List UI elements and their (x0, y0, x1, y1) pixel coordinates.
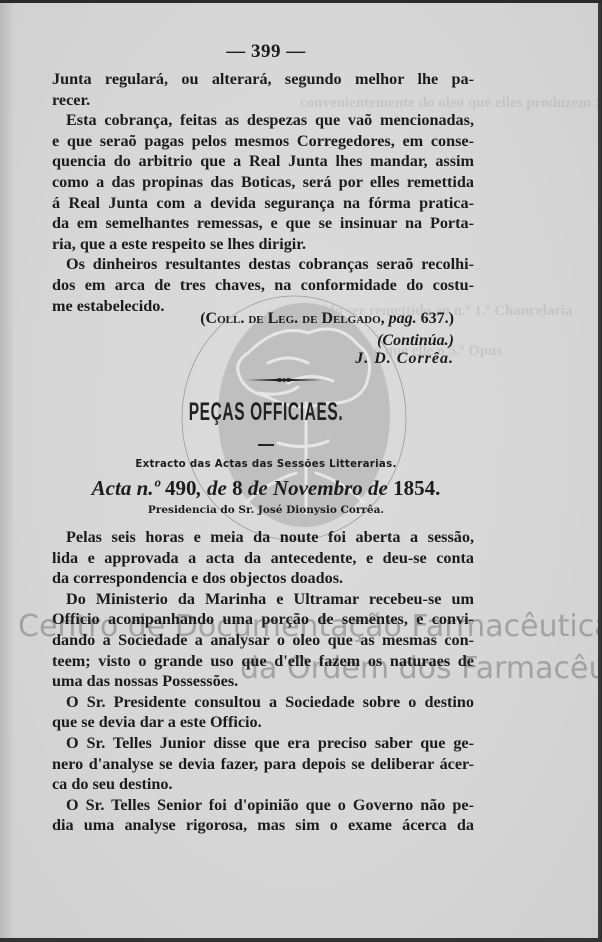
section-title: PEÇAS OFFICIAES. (101, 398, 431, 427)
text-line: da em semelhantes remessas, e que se ins… (52, 213, 474, 234)
text-line: como a das propinas das Boticas, será po… (52, 172, 474, 193)
text-line: quencia do arbitrio que a Real Junta lhe… (52, 151, 474, 172)
text-line: Pelas seis horas e meia da noute foi abe… (52, 527, 474, 548)
text-line: ca do seu destino. (52, 774, 474, 795)
text-line: dos em arca de tres chaves, na conformid… (52, 275, 474, 296)
text-line: Officio acompanhando uma porção de semen… (52, 609, 474, 630)
text-line: teem; visto o grande uso que d'elle faze… (52, 651, 474, 672)
text-line: lida e approvada a acta da antecedente, … (52, 548, 474, 569)
page-number: — 399 — (0, 41, 532, 63)
text-line: ria, que a este respeito se lhes dirigir… (52, 234, 474, 255)
acta-heading: Acta n.º 490, de 8 de Novembro de 1854. (0, 476, 532, 501)
citation-source: Coll. de Leg. de Delgado, (206, 310, 385, 327)
acta-day: 8 (232, 476, 243, 500)
acta-number: 490 (165, 476, 197, 500)
author-signature: J. D. Corrêa. (355, 350, 454, 368)
text-line: O Sr. Presidente consultou a Sociedade s… (52, 692, 474, 713)
text-line: dia uma analyse rigorosa, mas sim o exam… (52, 815, 474, 836)
text-line: Os dinheiros resultantes destas cobrança… (52, 254, 474, 275)
acta-year: 1854. (393, 476, 440, 500)
text-line: uma das nossas Possessões. (52, 671, 474, 692)
acta-date-prefix: , de (197, 476, 227, 500)
citation: (Coll. de Leg. de Delgado, pag. 637.) (60, 310, 454, 328)
acta-label: Acta n.º (92, 476, 160, 500)
text-line: Junta regulará, ou alterará, segundo mel… (52, 69, 474, 90)
text-line: Esta cobrança, feitas as despezas que va… (52, 110, 474, 131)
continua-note: (Continúa.) (377, 332, 454, 350)
acta-month: de Novembro de (248, 476, 388, 500)
citation-page-number: 637. (421, 310, 449, 327)
paren: ) (449, 310, 454, 327)
text-line: nero d'analyse se devia fazer, para depo… (52, 754, 474, 775)
text-line: da correspondencia e dos objectos doados… (52, 568, 474, 589)
lower-paragraphs: Pelas seis horas e meia da noute foi abe… (52, 527, 474, 836)
text-line: recer. (52, 90, 474, 111)
text-line: á Real Junta com a devida segurança na f… (52, 193, 474, 214)
ornamental-rule-icon (246, 377, 322, 383)
scan-bottom-edge (0, 938, 602, 942)
citation-page-label: pag. (389, 310, 417, 327)
text-line: dando a Sociedade a analysar o oleo que … (52, 630, 474, 651)
extract-heading: Extracto das Actas das Sessões Litterari… (0, 459, 532, 470)
text-line: e que seraõ pagas pelos mesmos Corregedo… (52, 131, 474, 152)
text-line: Do Ministerio da Marinha e Ultramar rece… (52, 589, 474, 610)
binding-shadow (0, 3, 14, 938)
text-line: O Sr. Telles Junior disse que era precis… (52, 733, 474, 754)
presidency-line: Presidencia do Sr. José Dionysio Corrêa. (0, 504, 532, 516)
text-line: que se devia dar a este Officio. (52, 712, 474, 733)
scanned-page: convenientemente do oleo que elles produ… (0, 3, 601, 938)
text-line: O Sr. Telles Senior foi d'opinião que o … (52, 795, 474, 816)
upper-paragraphs: Junta regulará, ou alterará, segundo mel… (52, 69, 474, 316)
title-rule (258, 444, 274, 446)
